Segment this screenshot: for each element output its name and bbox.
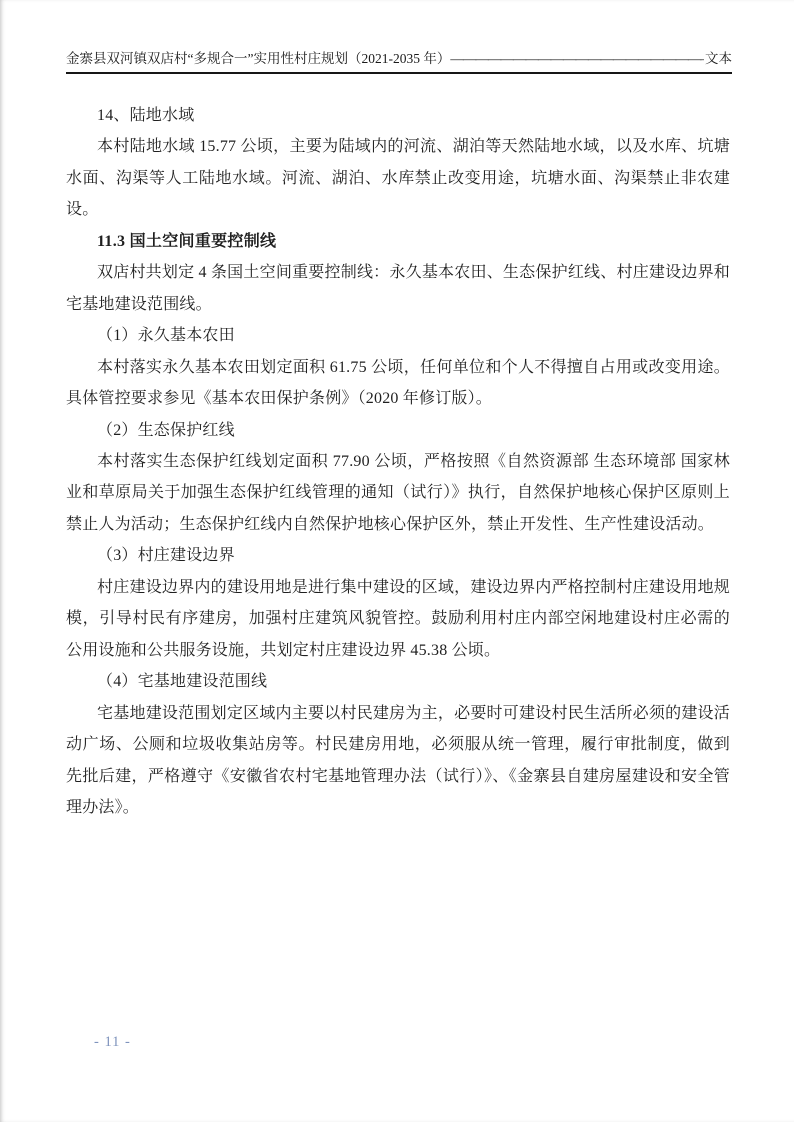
section-heading-control-lines: 11.3 国土空间重要控制线	[66, 226, 730, 257]
page-footer: - 11 -	[94, 1033, 131, 1051]
document-body: 14、陆地水域 本村陆地水域 15.77 公顷，主要为陆域内的河流、湖泊等天然陆…	[66, 100, 730, 823]
header-dash-fill: ————————————————————————————————	[450, 51, 704, 67]
paragraph-land-water-body: 本村陆地水域 15.77 公顷，主要为陆域内的河流、湖泊等天然陆地水域，以及水库…	[66, 131, 730, 225]
paragraph-village-boundary: 村庄建设边界内的建设用地是进行集中建设的区域，建设边界内严格控制村庄建设用地规模…	[66, 572, 730, 666]
subheading-homestead-line: （4）宅基地建设范围线	[66, 666, 730, 697]
subheading-ecological-redline: （2）生态保护红线	[66, 415, 730, 446]
header-doc-type-label: 文本	[704, 51, 732, 67]
subheading-village-boundary: （3）村庄建设边界	[66, 540, 730, 571]
paragraph-control-lines-intro: 双店村共划定 4 条国土空间重要控制线：永久基本农田、生态保护红线、村庄建设边界…	[66, 257, 730, 320]
document-page: 金寨县双河镇双店村“多规合一”实用性村庄规划（2021-2035 年） ————…	[0, 0, 794, 1122]
page-number: - 11 -	[94, 1034, 131, 1050]
paragraph-homestead-line: 宅基地建设范围划定区域内主要以村民建房为主，必要时可建设村民生活所必须的建设活动…	[66, 698, 730, 824]
paragraph-permanent-farmland: 本村落实永久基本农田划定面积 61.75 公顷，任何单位和个人不得擅自占用或改变…	[66, 352, 730, 415]
header-title: 金寨县双河镇双店村“多规合一”实用性村庄规划（2021-2035 年）	[66, 51, 450, 67]
list-item-land-water-title: 14、陆地水域	[66, 100, 730, 131]
subheading-permanent-farmland: （1）永久基本农田	[66, 320, 730, 351]
paragraph-ecological-redline: 本村落实生态保护红线划定面积 77.90 公顷，严格按照《自然资源部 生态环境部…	[66, 446, 730, 540]
page-header: 金寨县双河镇双店村“多规合一”实用性村庄规划（2021-2035 年） ————…	[66, 51, 732, 74]
